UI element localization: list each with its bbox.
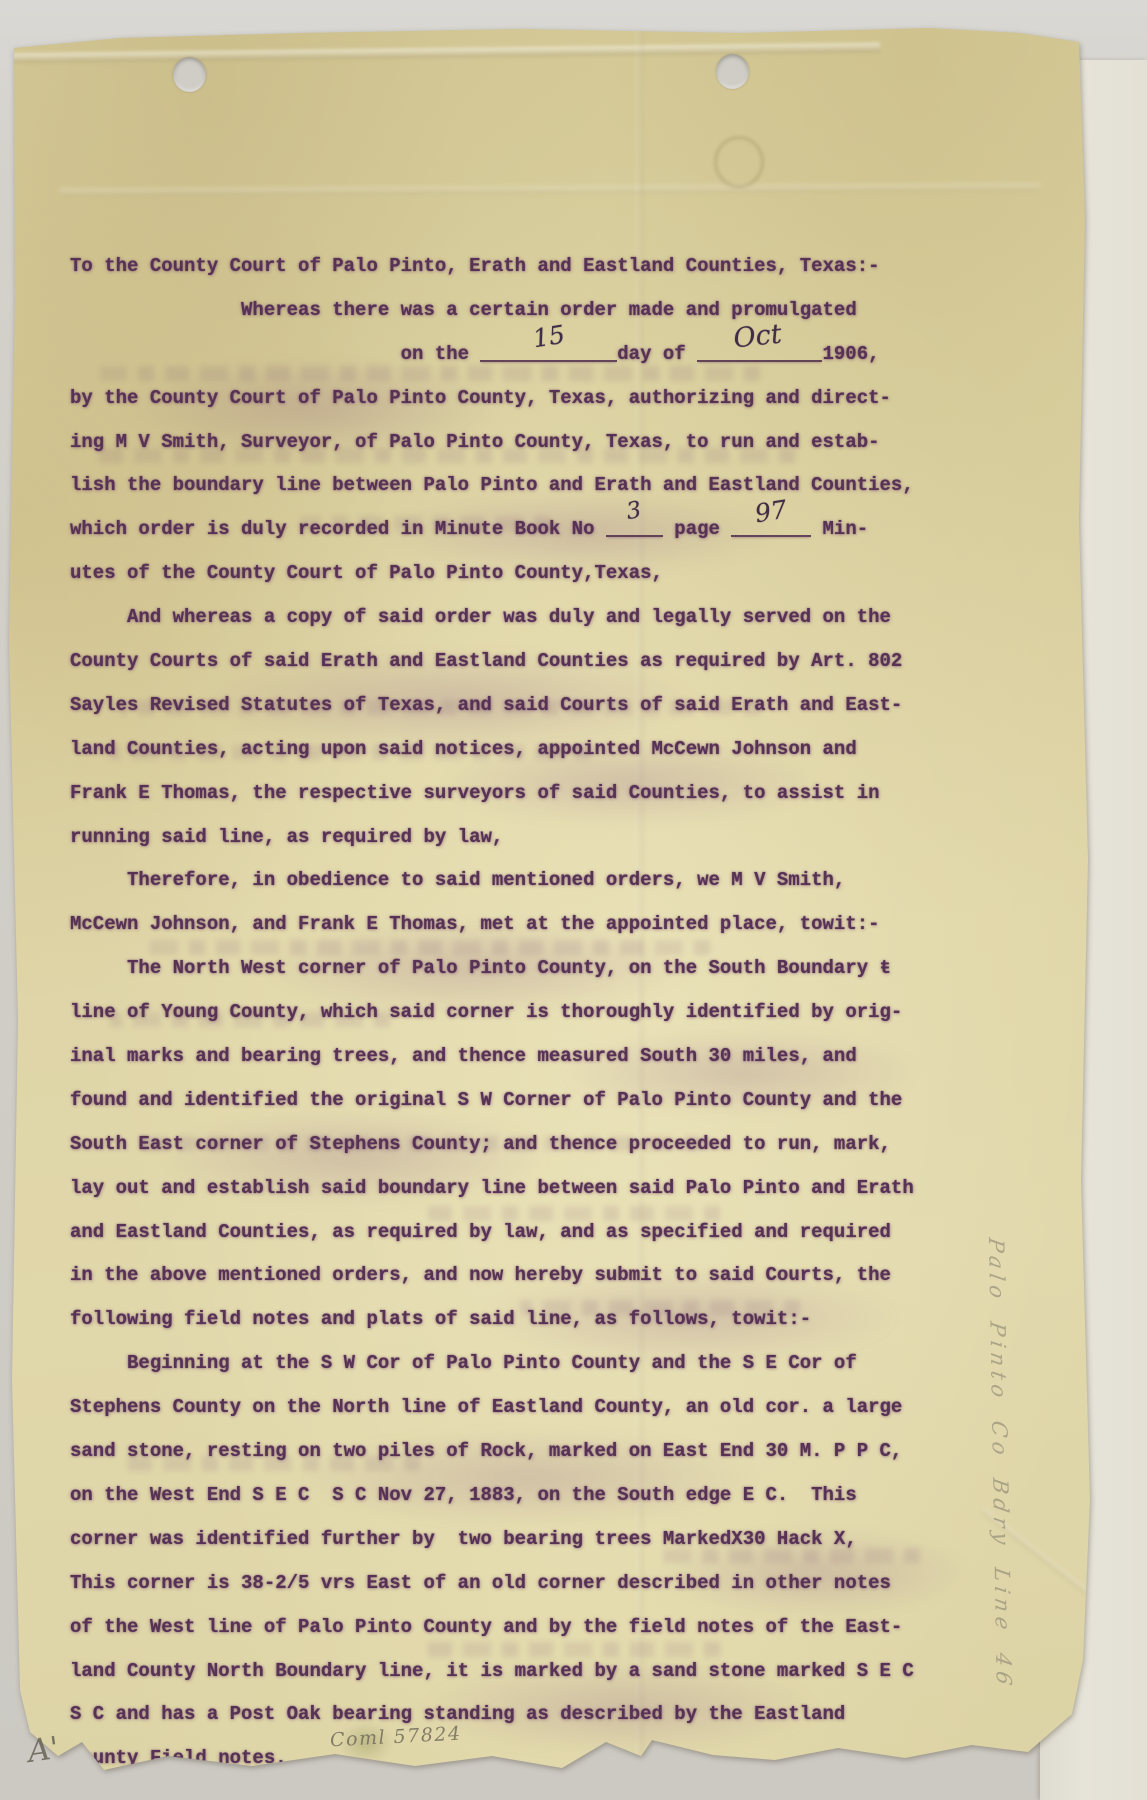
typed-text: land Counties, acting upon said notices,… <box>70 738 857 760</box>
document-line: This corner is 38-2/5 vrs East of an old… <box>70 1562 914 1606</box>
document-line: which order is duly recorded in Minute B… <box>70 508 914 552</box>
fill-in-blank: Oct <box>697 355 822 362</box>
typed-text: South East corner of Stephens County; an… <box>70 1133 891 1155</box>
document-line: County Field notes. <box>70 1737 914 1781</box>
typed-text: sand stone, resting on two piles of Rock… <box>70 1440 902 1462</box>
typewritten-text: To the County Court of Palo Pinto, Erath… <box>70 245 914 1781</box>
typed-text: Stephens County on the North line of Eas… <box>70 1396 902 1418</box>
document-line: by the County Court of Palo Pinto County… <box>70 377 914 421</box>
fold-crease <box>60 183 1040 196</box>
typed-text: running said line, as required by law, <box>70 826 503 848</box>
document-line: ing M V Smith, Surveyor, of Palo Pinto C… <box>70 421 914 465</box>
paper-sheet: To the County Court of Palo Pinto, Erath… <box>0 0 1147 1800</box>
typed-text: County Field notes. <box>70 1747 287 1769</box>
typed-text: on the <box>70 343 480 365</box>
typed-text: land County North Boundary line, it is m… <box>70 1660 914 1682</box>
document-line: lish the boundary line between Palo Pint… <box>70 464 914 508</box>
typed-text: To the County Court of Palo Pinto, Erath… <box>70 255 880 277</box>
document-line: on the West End S E C S C Nov 27, 1883, … <box>70 1474 914 1518</box>
stain-ring <box>714 136 764 188</box>
typed-text: 1906, <box>822 343 879 365</box>
document-line: in the above mentioned orders, and now h… <box>70 1254 914 1298</box>
document-line: Beginning at the S W Cor of Palo Pinto C… <box>70 1342 914 1386</box>
document-line: lay out and establish said boundary line… <box>70 1167 914 1211</box>
typed-text: inal marks and bearing trees, and thence… <box>70 1045 857 1067</box>
typed-text: on the West End S E C S C Nov 27, 1883, … <box>70 1484 857 1506</box>
document-line: Therefore, in obedience to said mentione… <box>70 859 914 903</box>
typed-text: This corner is 38-2/5 vrs East of an old… <box>70 1572 891 1594</box>
document-line: line of Young County, which said corner … <box>70 991 914 1035</box>
typed-text: lish the boundary line between Palo Pint… <box>70 474 914 496</box>
handwritten-entry: Oct <box>731 312 783 361</box>
document-line: found and identified the original S W Co… <box>70 1079 914 1123</box>
typed-text: Frank E Thomas, the respective surveyors… <box>70 782 880 804</box>
document-line: following field notes and plats of said … <box>70 1298 914 1342</box>
typed-text: The North West corner of Palo Pinto Coun… <box>70 957 891 979</box>
typed-text: of the West line of Palo Pinto County an… <box>70 1616 902 1638</box>
document-line: sand stone, resting on two piles of Rock… <box>70 1430 914 1474</box>
document-line: South East corner of Stephens County; an… <box>70 1123 914 1167</box>
scanned-document: To the County Court of Palo Pinto, Erath… <box>0 0 1147 1800</box>
paper-shadow-wrap: To the County Court of Palo Pinto, Erath… <box>0 0 1147 1800</box>
typed-text: utes of the County Court of Palo Pinto C… <box>70 562 663 584</box>
typed-text: Beginning at the S W Cor of Palo Pinto C… <box>70 1352 857 1374</box>
fold-crease <box>0 43 880 64</box>
typed-text: Sayles Revised Statutes of Texas, and sa… <box>70 694 902 716</box>
typed-text: day of <box>617 343 697 365</box>
document-line: inal marks and bearing trees, and thence… <box>70 1035 914 1079</box>
typed-text: Therefore, in obedience to said mentione… <box>70 869 845 891</box>
typed-text: found and identified the original S W Co… <box>70 1089 902 1111</box>
handwritten-entry: 15 <box>530 313 568 361</box>
punch-hole <box>173 57 206 92</box>
document-line: McCewn Johnson, and Frank E Thomas, met … <box>70 903 914 947</box>
document-line: Whereas there was a certain order made a… <box>70 289 914 333</box>
document-line: Sayles Revised Statutes of Texas, and sa… <box>70 684 914 728</box>
document-line: corner was identified further by two bea… <box>70 1518 914 1562</box>
typed-text: in the above mentioned orders, and now h… <box>70 1264 891 1286</box>
document-line: and Eastland Counties, as required by la… <box>70 1211 914 1255</box>
side-annotation: Palo Pinto Co Bdry Line 46 <box>984 1236 1016 1691</box>
document-line: utes of the County Court of Palo Pinto C… <box>70 552 914 596</box>
typed-text: McCewn Johnson, and Frank E Thomas, met … <box>70 913 880 935</box>
document-line: Stephens County on the North line of Eas… <box>70 1386 914 1430</box>
document-line: And whereas a copy of said order was dul… <box>70 596 914 640</box>
document-line: land Counties, acting upon said notices,… <box>70 728 914 772</box>
document-line: To the County Court of Palo Pinto, Erath… <box>70 245 914 289</box>
document-line: of the West line of Palo Pinto County an… <box>70 1606 914 1650</box>
punch-hole <box>716 54 749 89</box>
typed-text: County Courts of said Erath and Eastland… <box>70 650 902 672</box>
typed-text: Min- <box>811 518 868 540</box>
document-line: The North West corner of Palo Pinto Coun… <box>70 947 914 991</box>
typed-text: line of Young County, which said corner … <box>70 1001 902 1023</box>
fill-in-blank: 97 <box>731 530 811 537</box>
typed-text: page <box>663 518 731 540</box>
document-line: S C and has a Post Oak bearing standing … <box>70 1693 914 1737</box>
typed-text: ing M V Smith, Surveyor, of Palo Pinto C… <box>70 431 880 453</box>
handwritten-entry: 97 <box>752 488 790 536</box>
typed-text: corner was identified further by two bea… <box>70 1528 857 1550</box>
typed-text: and Eastland Counties, as required by la… <box>70 1221 891 1243</box>
fill-in-blank: 3 <box>606 530 663 537</box>
typed-text: And whereas a copy of said order was dul… <box>70 606 891 628</box>
document-line: on the 15day of Oct1906, <box>70 333 914 377</box>
typed-text: lay out and establish said boundary line… <box>70 1177 914 1199</box>
typed-text: by the County Court of Palo Pinto County… <box>70 387 891 409</box>
document-line: running said line, as required by law, <box>70 816 914 860</box>
document-line: Frank E Thomas, the respective surveyors… <box>70 772 914 816</box>
document-line: County Courts of said Erath and Eastland… <box>70 640 914 684</box>
typed-text: following field notes and plats of said … <box>70 1308 811 1330</box>
document-line: land County North Boundary line, it is m… <box>70 1650 914 1694</box>
corner-annotation: A' <box>26 1730 62 1770</box>
typed-text: which order is duly recorded in Minute B… <box>70 518 606 540</box>
fill-in-blank: 15 <box>480 355 617 362</box>
